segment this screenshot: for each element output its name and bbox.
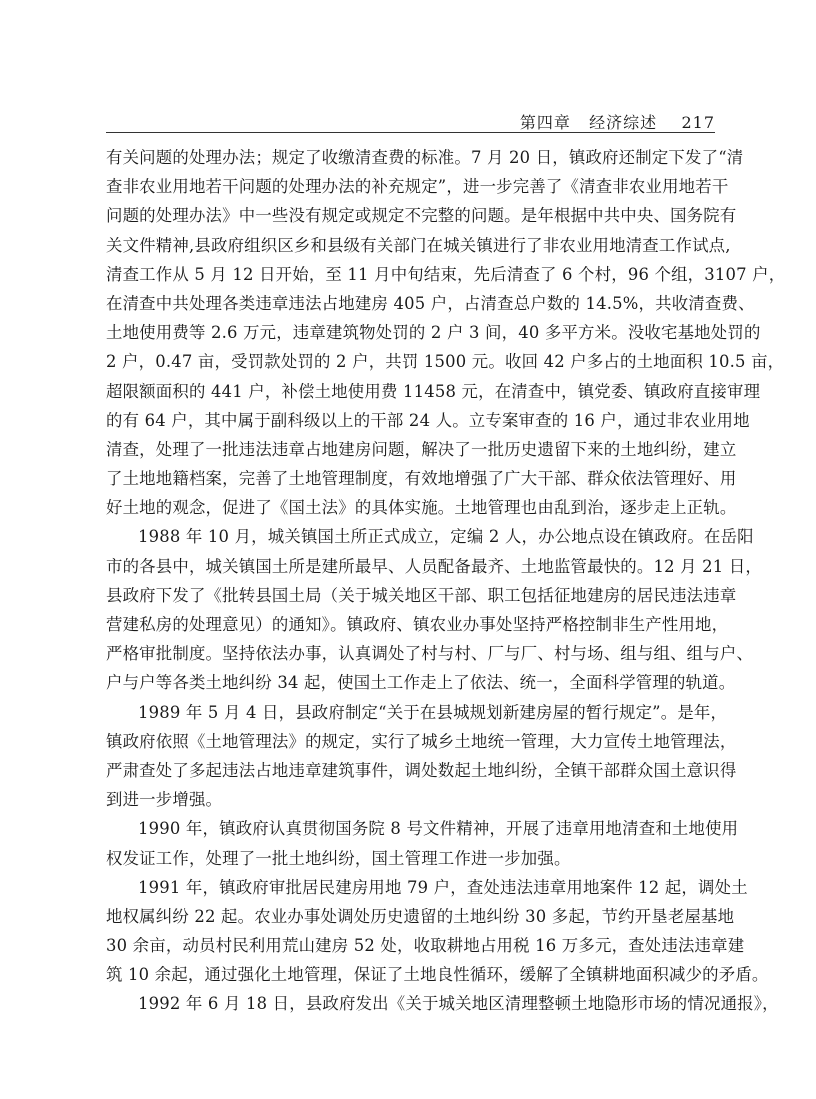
text-line: 查非农业用地若干问题的处理办法的补充规定”，进一步完善了《清查非农业用地若干 bbox=[106, 172, 718, 201]
text-line: 清查工作从 5 月 12 日开始，至 11 月中旬结束，先后清查了 6 个村，9… bbox=[106, 260, 718, 289]
text-line: 30 余亩，动员村民利用荒山建房 52 处，收取耕地占用税 16 万多元，查处违… bbox=[106, 931, 718, 960]
text-line: 市的各县中，城关镇国土所是建所最早、人员配备最齐、土地监管最快的。12 月 21… bbox=[106, 552, 718, 581]
text-line: 镇政府依照《土地管理法》的规定，实行了城乡土地统一管理，大力宣传土地管理法， bbox=[106, 727, 718, 756]
text-line: 地权属纠纷 22 起。农业办事处调处历史遗留的土地纠纷 30 多起，节约开垦老屋… bbox=[106, 902, 718, 931]
text-line: 在清查中共处理各类违章违法占地建房 405 户，占清查总户数的 14.5%，共收… bbox=[106, 289, 718, 318]
text-line: 2 户，0.47 亩，受罚款处罚的 2 户，共罚 1500 元。收回 42 户多… bbox=[106, 347, 718, 376]
text-line: 1989 年 5 月 4 日，县政府制定“关于在县城规划新建房屋的暂行规定”。是… bbox=[106, 698, 718, 727]
header-text: 第四章 经济综述 217 bbox=[520, 110, 715, 133]
text-line: 严格审批制度。坚持依法办事，认真调处了村与村、厂与厂、村与场、组与组、组与户、 bbox=[106, 639, 718, 668]
text-line: 1991 年，镇政府审批居民建房用地 79 户，查处违法违章用地案件 12 起，… bbox=[106, 873, 718, 902]
text-line: 权发证工作，处理了一批土地纠纷，国土管理工作进一步加强。 bbox=[106, 844, 718, 873]
body-text: 有关问题的处理办法；规定了收缴清查费的标准。7 月 20 日，镇政府还制定下发了… bbox=[106, 143, 718, 1019]
text-line: 土地使用费等 2.6 万元，违章建筑物处罚的 2 户 3 间，40 多平方米。没… bbox=[106, 318, 718, 347]
chapter-label: 第四章 bbox=[520, 113, 571, 132]
text-line: 清查，处理了一批违法违章占地建房问题，解决了一批历史遗留下来的土地纠纷，建立 bbox=[106, 435, 718, 464]
text-line: 1990 年，镇政府认真贯彻国务院 8 号文件精神，开展了违章用地清查和土地使用 bbox=[106, 814, 718, 843]
text-line: 县政府下发了《批转县国土局（关于城关地区干部、职工包括征地建房的居民违法违章 bbox=[106, 581, 718, 610]
text-line: 的有 64 户，其中属于副科级以上的干部 24 人。立专案审查的 16 户，通过… bbox=[106, 406, 718, 435]
text-line: 1988 年 10 月，城关镇国土所正式成立，定编 2 人，办公地点设在镇政府。… bbox=[106, 522, 718, 551]
text-line: 严肃查处了多起违法占地违章建筑事件，调处数起土地纠纷，全镇干部群众国土意识得 bbox=[106, 756, 718, 785]
text-line: 营建私房的处理意见）的通知》。镇政府、镇农业办事处坚持严格控制非生产性用地， bbox=[106, 610, 718, 639]
section-title: 经济综述 bbox=[589, 113, 657, 132]
text-line: 超限额面积的 441 户，补偿土地使用费 11458 元，在清查中，镇党委、镇政… bbox=[106, 377, 718, 406]
running-header: 第四章 经济综述 217 bbox=[106, 110, 715, 133]
text-line: 好土地的观念，促进了《国土法》的具体实施。土地管理也由乱到治，逐步走上正轨。 bbox=[106, 493, 718, 522]
page-number: 217 bbox=[681, 113, 715, 132]
text-line: 问题的处理办法》中一些没有规定或规定不完整的问题。是年根据中共中央、国务院有 bbox=[106, 201, 718, 230]
text-line: 有关问题的处理办法；规定了收缴清查费的标准。7 月 20 日，镇政府还制定下发了… bbox=[106, 143, 718, 172]
text-line: 关文件精神,县政府组织区乡和县级有关部门在城关镇进行了非农业用地清查工作试点, bbox=[106, 231, 718, 260]
text-line: 户与户等各类土地纠纷 34 起，使国土工作走上了依法、统一，全面科学管理的轨道。 bbox=[106, 668, 718, 697]
text-line: 筑 10 余起，通过强化土地管理，保证了土地良性循环，缓解了全镇耕地面积减少的矛… bbox=[106, 960, 718, 989]
text-line: 了土地地籍档案，完善了土地管理制度，有效地增强了广大干部、群众依法管理好、用 bbox=[106, 464, 718, 493]
text-line: 到进一步增强。 bbox=[106, 785, 718, 814]
text-line: 1992 年 6 月 18 日，县政府发出《关于城关地区清理整顿土地隐形市场的情… bbox=[106, 989, 718, 1018]
